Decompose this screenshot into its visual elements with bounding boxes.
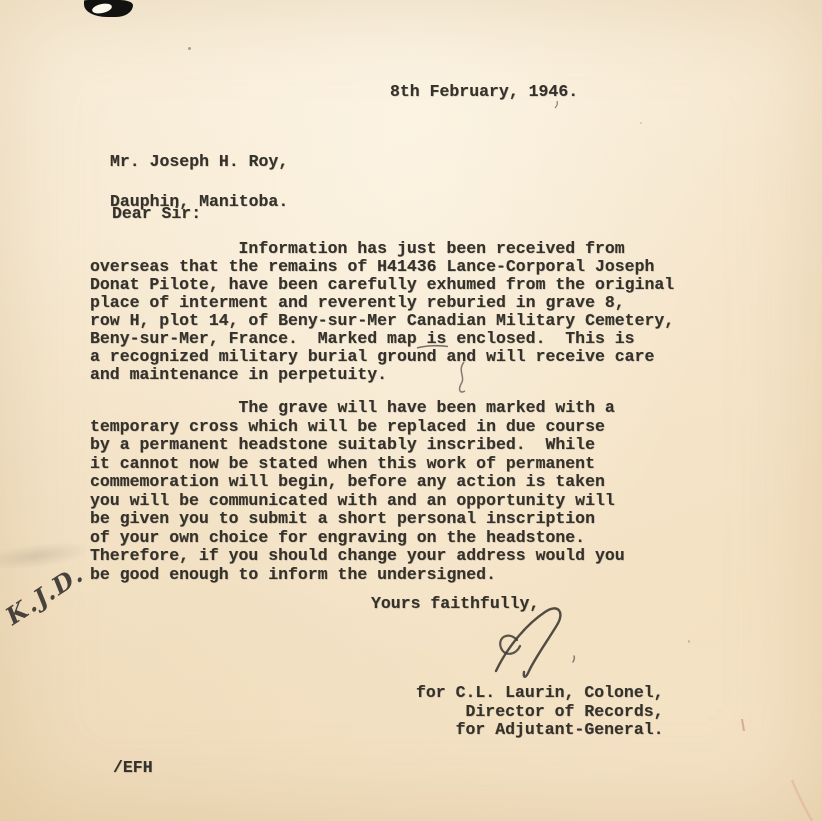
recipient-address: Mr. Joseph H. Roy, Dauphin, Manitoba. [110, 152, 288, 212]
ink-speck [640, 122, 642, 124]
red-dash-mark [742, 719, 744, 731]
ink-speck [688, 640, 690, 643]
signature-block: for C.L. Laurin, Colonel, Director of Re… [416, 684, 664, 740]
body-paragraph-1: Information has just been received from … [90, 240, 674, 384]
recipient-name: Mr. Joseph H. Roy, [110, 152, 288, 171]
stray-pen-mark [555, 101, 557, 108]
staple-hole-mark [84, 0, 133, 17]
signature-flourish-icon [496, 608, 574, 676]
body-paragraph-2: The grave will have been marked with a t… [90, 399, 625, 584]
scanned-letter-page: 8th February, 1946. Mr. Joseph H. Roy, D… [0, 0, 822, 821]
punch-hole [91, 2, 112, 15]
closing-phrase: Yours faithfully, [371, 595, 539, 613]
typist-initials: /EFH [113, 759, 153, 777]
letter-date: 8th February, 1946. [390, 83, 578, 101]
salutation: Dear Sir: [112, 205, 201, 223]
ink-speck [188, 47, 191, 50]
red-streak-mark [792, 780, 812, 821]
